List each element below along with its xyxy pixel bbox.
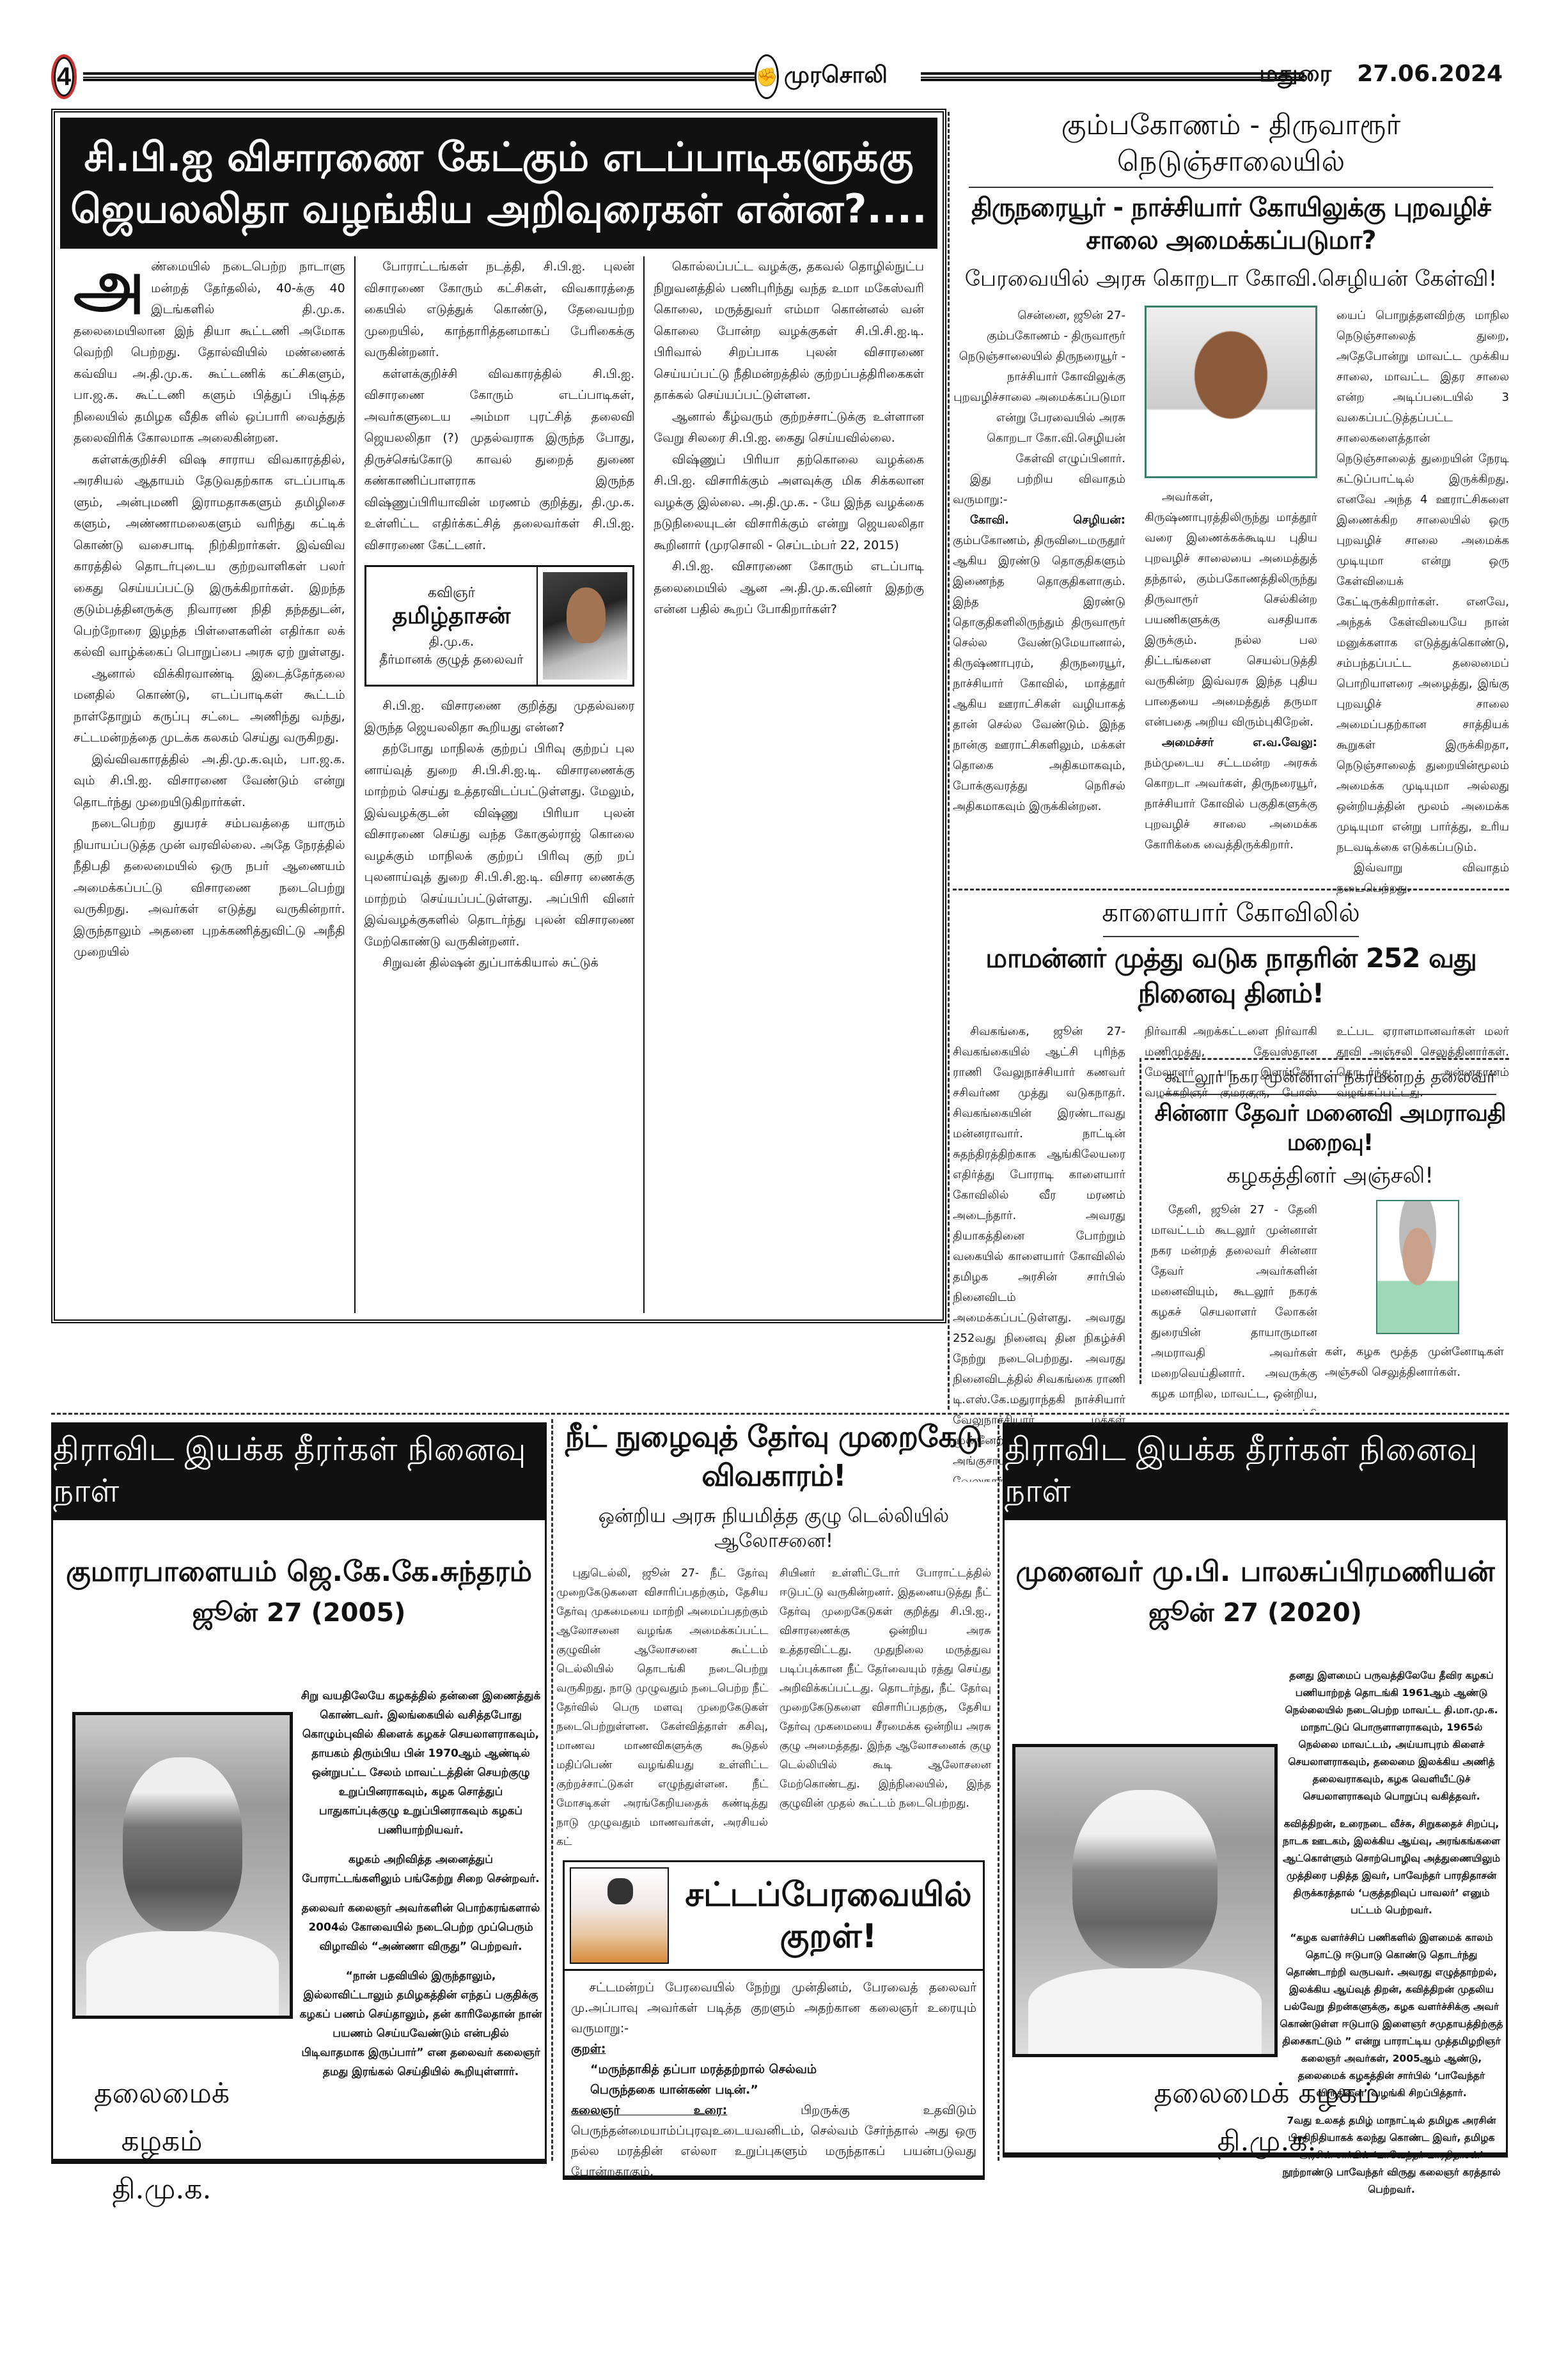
signature-line-2: தி.மு.க. [1132,2118,1401,2166]
paper-name: முரசொலி [784,62,888,91]
story-headline: மாமன்னர் முத்து வடுக நாதரின் 252 வது நின… [953,942,1509,1013]
issue-date: 27.06.2024 [1357,61,1503,90]
tribute-signature: தலைமைக் கழகம் தி.மு.க. [53,2070,270,2213]
story-kicker: கூடலூர் நகர முன்னாள் நகரமன்றத் தலைவர் [1151,1068,1509,1089]
urai-label: கலைஞர் உரை: [571,2103,727,2117]
tribute-photo [72,1712,293,2019]
story-headline: சின்னா தேவர் மனைவி அமராவதி மறைவு! [1151,1100,1509,1159]
paragraph: புதுடெல்லி, ஜூன் 27- நீட் தேர்வு முறைகேட… [556,1564,768,1851]
lead-column-1: அ ண்மையில் நடைபெற்ற நாடாளு மன்றத் தேர்தல… [65,256,354,1313]
tribute-date: ஜூன் 27 (2020) [1005,1598,1506,1631]
kicker-rule [1103,936,1359,937]
paragraph: தற்போது மாநிலக் குற்றப் பிரிவு குற்றப் ப… [364,738,635,953]
lead-column-2: போராட்டங்கள் நடத்தி, சி.பி.ஐ. புலன் விசா… [354,256,644,1313]
tribute-jkk-sundaram: திராவிட இயக்க தீரர்கள் நினைவு நாள் குமார… [51,1422,547,2164]
kural-verse-2: பெருந்தகை யான்கண் படின்.” [571,2080,976,2100]
story-bypass-road: கும்பகோணம் - திருவாரூர் நெடுஞ்சாலையில் த… [953,109,1509,945]
story-column-2: சியினர் உள்ளிட்டோர் போராட்டத்தில் ஈடுபட்… [779,1564,991,1896]
paragraph: இவ்வாறு விவாதம் நடைபெற்றது. [1336,858,1509,899]
bio-paragraph: கவித்திறன், உரைநடை வீச்சு, சிறுகதைச் சிற… [1280,1816,1503,1919]
story-column-1: புதுடெல்லி, ஜூன் 27- நீட் தேர்வு முறைகேட… [556,1564,768,1896]
paragraph: சென்னை, ஜூன் 27- கும்பகோணம் - திருவாரூர்… [953,306,1125,469]
paragraph: விஷ்ணுப் பிரியா தற்கொலை வழக்கை சி.பி.ஐ. … [654,449,924,557]
story-column-2: கள், கழக மூத்த முன்னோடிகள் அஞ்சலி செலுத்… [1325,1342,1504,1383]
lead-article: சி.பி.ஐ விசாரணை கேட்கும் எடப்பாடிகளுக்கு… [51,109,946,1323]
paragraph: இவ்விவகாரத்தில் அ.தி.மு.க.வும், பா.ஜ.க. … [74,749,345,814]
kural-intro: சட்டமன்றப் பேரவையில் நேற்று முன்தினம், ப… [571,1977,976,2039]
kicker-rule [1164,1094,1496,1095]
column-divider [1140,1058,1141,1384]
kural-title-line-1: சட்டப்பேரவையில் [685,1874,971,1916]
story-subhead: பேரவையில் அரசு கொறடா கோவி.செழியன் கேள்வி… [953,266,1509,294]
lead-column-3: கொல்லப்பட்ட வழக்கு, தகவல் தொழில்நுட்ப நி… [643,256,933,1313]
paragraph: சிறுவன் தில்ஷன் துப்பாக்கியால் சுட்டுக் [364,953,635,974]
story-column-2: அவர்கள், கிருஷ்ணாபுரத்திலிருந்து மாத்தூர… [1145,306,1317,945]
tribute-bio: சிறு வயதிலேயே கழகத்தில் தன்னை இணைத்துக் … [299,1686,542,2092]
story-column-1: தேனி, ஜூன் 27 - தேனி மாவட்டம் கூடலூர் மு… [1151,1200,1317,1411]
masthead-rule-right [921,72,1304,81]
story-column-1: சென்னை, ஜூன் 27- கும்பகோணம் - திருவாரூர்… [953,306,1125,945]
bio-paragraph: கழகம் அறிவித்த அனைத்துப் போராட்டங்களிலும… [299,1850,542,1888]
paragraph: சி.பி.ஐ. விசாரணை கோரும் எடப்பாடி தலைமையி… [654,556,924,621]
tribute-date: ஜூன் 27 (2005) [53,1598,545,1631]
story-amaravathi-obituary: கூடலூர் நகர முன்னாள் நகரமன்றத் தலைவர் சி… [1151,1068,1509,1411]
tribute-name: குமாரபாளையம் ஜெ.கே.கே.சுந்தரம் [53,1555,545,1592]
page-number-badge: 4 [51,54,77,99]
paragraph: ஆனால் கீழ்வரும் குற்றச்சாட்டுக்கு உள்ளான… [654,407,924,449]
paragraph: கள்ளக்குறிச்சி விவகாரத்தில் சி.பி.ஐ. விச… [364,364,635,557]
lead-headline-line-2: ஜெயலலிதா வழங்கிய அறிவுரைகள் என்ன?.... [70,183,927,235]
signature-line-1: தலைமைக் கழகம் [53,2070,270,2166]
story-kicker: கும்பகோணம் - திருவாரூர் நெடுஞ்சாலையில் [953,109,1509,182]
author-name: தமிழ்தாசன் [393,603,511,632]
section-divider [953,889,1509,891]
author-photo [543,572,627,680]
tribute-banner: திராவிட இயக்க தீரர்கள் நினைவு நாள் [53,1424,545,1520]
kicker-rule [969,187,1493,188]
paragraph: சியினர் உள்ளிட்டோர் போராட்டத்தில் ஈடுபட்… [779,1564,991,1813]
lead-headline: சி.பி.ஐ விசாரணை கேட்கும் எடப்பாடிகளுக்கு… [60,118,937,249]
tribute-name: முனைவர் மு.பி. பாலசுப்பிரமணியன் [1005,1555,1506,1592]
kural-title-line-2: குறள்! [780,1916,877,1957]
speaker-text: நம்முடைய சட்டமன்ற அரசுக் கொறடா அவர்கள், … [1145,756,1317,852]
speaker-label: அமைச்சர் எ.வ.வேலு: [1162,736,1317,749]
assembly-kural-box: சட்டப்பேரவையில் குறள்! சட்டமன்றப் பேரவைய… [563,1860,985,2180]
paragraph: கள்ளக்குறிச்சி விஷ சாராய விவகாரத்தில், அ… [74,449,345,664]
paragraph: யைப் பொறுத்தளவிற்கு மாநில நெடுஞ்சாலைத் த… [1336,306,1509,858]
edition-label: மதுரை [1259,61,1331,90]
bio-paragraph: சிறு வயதிலேயே கழகத்தில் தன்னை இணைத்துக் … [299,1686,542,1840]
author-party: தி.மு.க. [429,632,474,650]
drum-emblem-icon: ✊ [755,54,779,99]
column-divider [948,112,950,1410]
bio-paragraph: தனது இளமைப் பருவத்திலேயே தீவிர கழகப் பணி… [1280,1667,1503,1805]
author-role: தீர்மானக் குழுத் தலைவர் [379,650,523,668]
bio-paragraph: “நான் பதவியில் இருந்தாலும், இல்லாவிட்டால… [299,1966,542,2081]
tribute-photo [1012,1744,1278,2057]
speaker-label: கோவி. செழியன்: [970,513,1125,527]
author-byline-box: கவிஞர் தமிழ்தாசன் தி.மு.க. தீர்மானக் குழ… [364,565,635,687]
tribute-mp-balasubramanian: திராவிட இயக்க தீரர்கள் நினைவு நாள் முனைவ… [1003,1422,1508,2158]
tribute-signature: தலைமைக் கழகம் தி.மு.க. [1132,2070,1401,2166]
paragraph: இது பற்றிய விவாதம் வருமாறு:- [953,469,1125,510]
paragraph: கள், கழக மூத்த முன்னோடிகள் அஞ்சலி செலுத்… [1325,1342,1504,1383]
column-divider [551,1419,553,2161]
story-column-3: யைப் பொறுத்தளவிற்கு மாநில நெடுஞ்சாலைத் த… [1336,306,1509,945]
kural-title: சட்டப்பேரவையில் குறள்! [674,1862,983,1969]
section-divider [51,1413,1509,1415]
masthead: 4 ✊ முரசொலி மதுரை 27.06.2024 [51,54,1503,102]
minister-photo [1145,306,1317,478]
signature-line-1: தலைமைக் கழகம் [1132,2070,1401,2118]
story-headline: திருநரையூர் - நாச்சியார் கோயிலுக்கு புறவ… [953,193,1509,258]
paper-logo: ✊ முரசொலி [755,54,888,99]
story-subhead: ஒன்றிய அரசு நியமித்த குழு டெல்லியில் ஆலோ… [556,1505,991,1555]
dateline: மதுரை 27.06.2024 [1259,61,1503,90]
paragraph: சி.பி.ஐ. விசாரணை குறித்து முதல்வரை இருந்… [364,696,635,738]
paragraph: அவர்கள், கிருஷ்ணாபுரத்திலிருந்து மாத்தூர… [1145,487,1317,733]
signature-line-2: தி.மு.க. [53,2166,270,2214]
story-subhead: கழகத்தினர் அஞ்சலி! [1151,1163,1509,1191]
story-kicker: காளையார் கோவிலில் [953,898,1509,931]
bio-paragraph: தலைவர் கலைஞர் அவர்களின் பொற்கரங்களால் 20… [299,1899,542,1956]
story-headline: நீட் நுழைவுத் தேர்வு முறைகேடு விவகாரம்! [556,1419,991,1497]
paragraph: ஆனால் விக்கிரவாண்டி இடைத்தேர்தலை மனதில் … [74,664,345,749]
paragraph: போராட்டங்கள் நடத்தி, சி.பி.ஐ. புலன் விசா… [364,256,635,364]
thiruvalluvar-illustration [570,1867,669,1964]
column-divider [998,1419,999,2161]
section-divider [1145,1058,1509,1060]
deceased-photo [1376,1200,1459,1334]
tribute-banner: திராவிட இயக்க தீரர்கள் நினைவு நாள் [1005,1424,1506,1520]
speaker-text: கும்பகோணம், திருவிடைமருதூர் ஆகிய இரண்டு … [953,534,1125,813]
masthead-rule-left [83,72,755,81]
kural-label: குறள்: [571,2039,976,2059]
kural-verse-1: “மருந்தாகித் தப்பா மரத்தற்றால் செல்வம் [571,2059,976,2080]
paragraph: கொல்லப்பட்ட வழக்கு, தகவல் தொழில்நுட்ப நி… [654,256,924,407]
lead-headline-line-1: சி.பி.ஐ விசாரணை கேட்கும் எடப்பாடிகளுக்கு [84,132,913,183]
story-neet: நீட் நுழைவுத் தேர்வு முறைகேடு விவகாரம்! … [556,1419,991,1896]
paragraph: தேனி, ஜூன் 27 - தேனி மாவட்டம் கூடலூர் மு… [1151,1200,1317,1411]
paragraph: நடைபெற்ற துயரச் சம்பவத்தை யாரும் நியாயப்… [74,813,345,963]
author-title: கவிஞர் [428,584,475,603]
drop-cap: அ [74,261,145,306]
